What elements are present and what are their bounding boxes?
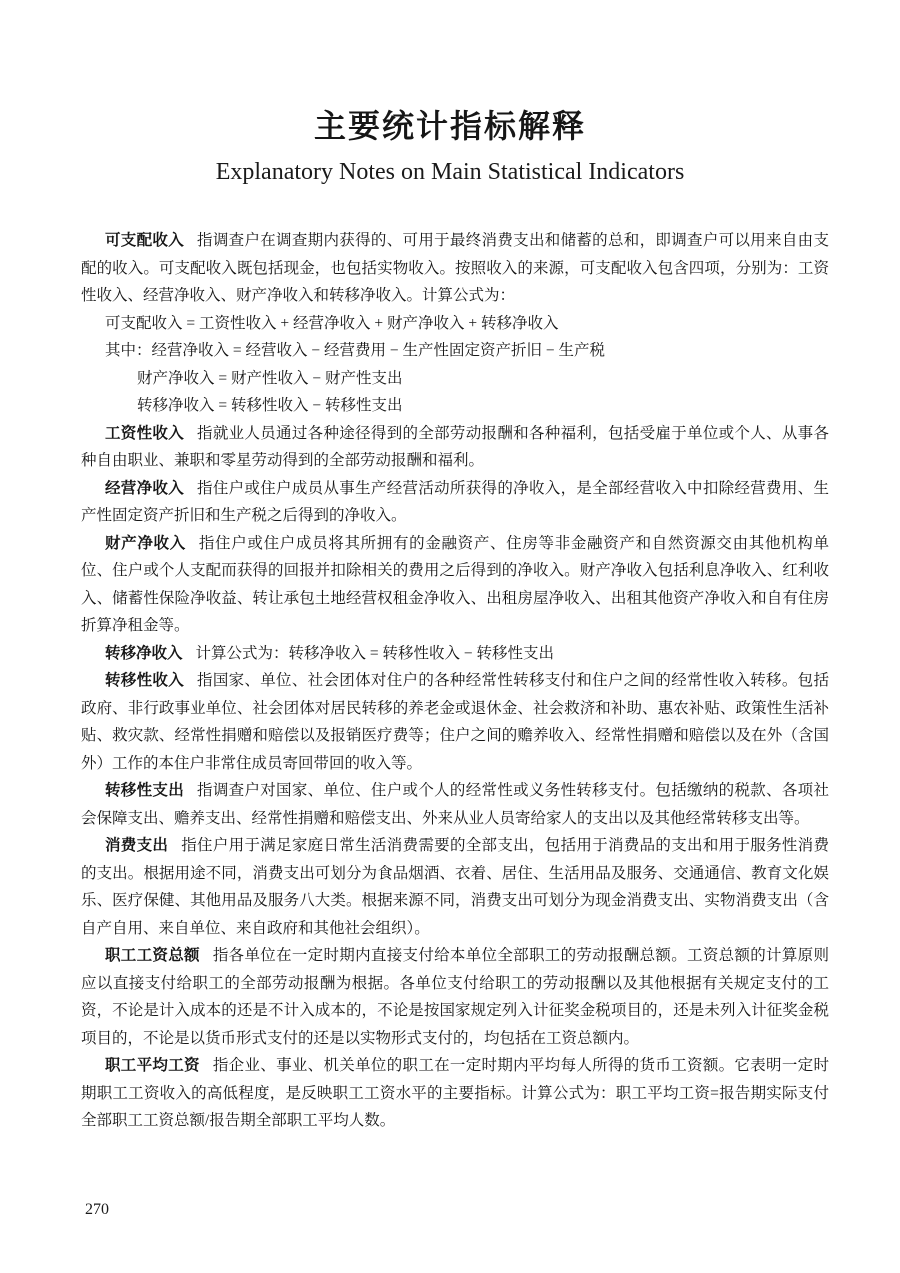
entry-disposable-income: 可支配收入指调查户在调查期内获得的、可用于最终消费支出和储蓄的总和，即调查户可以… (81, 227, 829, 310)
entry-definition: 指国家、单位、社会团体对住户的各种经常性转移支付和住户之间的经常性收入转移。包括… (81, 672, 829, 772)
entry-transfer-net-income: 转移净收入计算公式为：转移净收入 = 转移性收入 − 转移性支出 (81, 640, 829, 668)
entry-term: 财产净收入 (105, 535, 186, 552)
formula-block: 可支配收入 = 工资性收入 + 经营净收入 + 财产净收入 + 转移净收入 其中… (81, 310, 829, 420)
entry-term: 经营净收入 (105, 480, 184, 497)
entry-transfer-expenditure: 转移性支出指调查户对国家、单位、住户或个人的经常性或义务性转移支付。包括缴纳的税… (81, 777, 829, 832)
entry-property-net-income: 财产净收入指住户或住户成员将其所拥有的金融资产、住房等非金融资产和自然资源交由其… (81, 530, 829, 640)
entry-definition: 指住户或住户成员将其所拥有的金融资产、住房等非金融资产和自然资源交由其他机构单位… (81, 535, 829, 635)
page-number: 270 (85, 1201, 109, 1219)
entry-term: 消费支出 (105, 837, 168, 854)
entry-total-wage-bill: 职工工资总额指各单位在一定时期内直接支付给本单位全部职工的劳动报酬总额。工资总额… (81, 942, 829, 1052)
formula-line: 转移净收入 = 转移性收入 − 转移性支出 (81, 392, 829, 420)
entry-definition: 指住户用于满足家庭日常生活消费需要的全部支出，包括用于消费品的支出和用于服务性消… (81, 837, 829, 937)
page-subtitle: Explanatory Notes on Main Statistical In… (0, 159, 900, 186)
entry-term: 可支配收入 (105, 232, 184, 249)
entry-definition: 指住户或住户成员从事生产经营活动所获得的净收入，是全部经营收入中扣除经营费用、生… (81, 480, 829, 525)
entry-definition: 指调查户对国家、单位、住户或个人的经常性或义务性转移支付。包括缴纳的税款、各项社… (81, 782, 829, 827)
entry-term: 职工工资总额 (105, 947, 200, 964)
document-page: 主要统计指标解释 Explanatory Notes on Main Stati… (0, 0, 900, 1273)
entry-definition: 指调查户在调查期内获得的、可用于最终消费支出和储蓄的总和，即调查户可以用来自由支… (81, 232, 829, 304)
formula-line: 其中：经营净收入 = 经营收入 − 经营费用 − 生产性固定资产折旧 − 生产税 (81, 337, 829, 365)
entry-term: 转移性支出 (105, 782, 184, 799)
entry-term: 工资性收入 (105, 425, 184, 442)
entry-average-wage: 职工平均工资指企业、事业、机关单位的职工在一定时期内平均每人所得的货币工资额。它… (81, 1052, 829, 1135)
entry-wage-income: 工资性收入指就业人员通过各种途径得到的全部劳动报酬和各种福利，包括受雇于单位或个… (81, 420, 829, 475)
formula-line: 财产净收入 = 财产性收入 − 财产性支出 (81, 365, 829, 393)
entry-consumption-expenditure: 消费支出指住户用于满足家庭日常生活消费需要的全部支出，包括用于消费品的支出和用于… (81, 832, 829, 942)
formula-line: 可支配收入 = 工资性收入 + 经营净收入 + 财产净收入 + 转移净收入 (81, 310, 829, 338)
entry-business-net-income: 经营净收入指住户或住户成员从事生产经营活动所获得的净收入，是全部经营收入中扣除经… (81, 475, 829, 530)
page-title: 主要统计指标解释 (0, 101, 900, 147)
entry-definition: 指就业人员通过各种途径得到的全部劳动报酬和各种福利，包括受雇于单位或个人、从事各… (81, 425, 829, 470)
entry-transfer-income: 转移性收入指国家、单位、社会团体对住户的各种经常性转移支付和住户之间的经常性收入… (81, 667, 829, 777)
entry-term: 转移净收入 (105, 645, 183, 662)
entry-term: 转移性收入 (105, 672, 184, 689)
entry-term: 职工平均工资 (105, 1057, 200, 1074)
document-body: 可支配收入指调查户在调查期内获得的、可用于最终消费支出和储蓄的总和，即调查户可以… (81, 227, 829, 1135)
entry-definition: 计算公式为：转移净收入 = 转移性收入 − 转移性支出 (196, 645, 555, 662)
